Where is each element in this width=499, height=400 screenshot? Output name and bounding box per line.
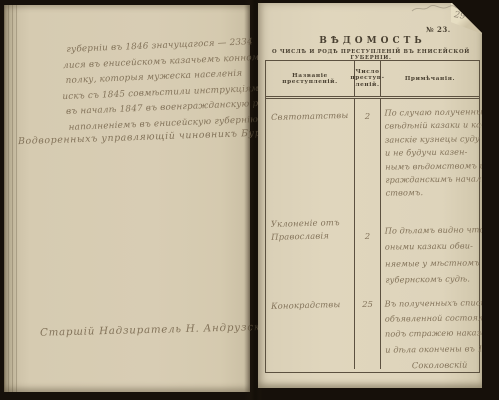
crimes-table: Названіе преступленій. Числопреступ-лені… bbox=[265, 60, 480, 373]
header-crime-count: Числопреступ-леній. bbox=[355, 61, 381, 96]
left-page: губерніи въ 1846 значущагося — 2334лися … bbox=[4, 5, 250, 392]
header-crime-name: Названіе преступленій. bbox=[266, 61, 355, 96]
header-crime-count-lines: Числопреступ-леній. bbox=[350, 69, 384, 89]
crime-count-row1: 2 bbox=[355, 112, 380, 122]
left-page-handwritten-paragraph: губерніи въ 1846 значущагося — 2334лися … bbox=[66, 35, 256, 136]
document-number: № 23. bbox=[426, 25, 451, 34]
document-title: ВѢДОМОСТЬ bbox=[265, 36, 480, 46]
remarks-row3: Въ полученныхъ спискахъобъявленной состо… bbox=[384, 295, 477, 373]
column-crime-names: Святотатствы Уклоненіе отъПравославія Ко… bbox=[266, 99, 355, 369]
scanned-book-spread: губерніи въ 1846 значущагося — 2334лися … bbox=[0, 0, 499, 400]
crime-name-row3: Конокрадствы bbox=[271, 298, 341, 313]
page-edge-stripes bbox=[4, 5, 20, 392]
pencil-page-number: 29 bbox=[453, 10, 466, 22]
header-remarks: Примѣчанія. bbox=[381, 61, 479, 96]
clerk-signature: Соколовскій bbox=[385, 357, 477, 373]
crime-count-row2: 2 bbox=[355, 232, 380, 242]
column-remarks: По случаю полученныхъсвѣдѣній казаки и к… bbox=[381, 99, 479, 369]
crime-count-row3: 25 bbox=[355, 300, 380, 310]
right-page: 29 № 23. ВѢДОМОСТЬ О ЧИСЛѢ И РОДѢ ПРЕСТУ… bbox=[258, 3, 482, 388]
table-header-row: Названіе преступленій. Числопреступ-лені… bbox=[266, 61, 479, 99]
left-page-signature: Старшій Надзиратель Н. Андрузскій bbox=[40, 320, 254, 340]
column-crime-counts: 2 2 25 bbox=[355, 99, 381, 369]
remarks-row2: По дѣламъ видно чтооными казаки обви-няе… bbox=[385, 221, 478, 288]
crime-name-row1: Святотатствы bbox=[271, 109, 349, 124]
remarks-row3-lines: Въ полученныхъ спискахъобъявленной состо… bbox=[384, 295, 477, 357]
crime-name-row2: Уклоненіе отъПравославія bbox=[271, 216, 341, 244]
pencil-scribble bbox=[410, 3, 460, 15]
table-body: Святотатствы Уклоненіе отъПравославія Ко… bbox=[266, 99, 479, 369]
remarks-row1: По случаю полученныхъсвѣдѣній казаки и к… bbox=[384, 105, 477, 200]
signature-text: Старшій Надзиратель Н. Андрузскій bbox=[40, 322, 272, 339]
